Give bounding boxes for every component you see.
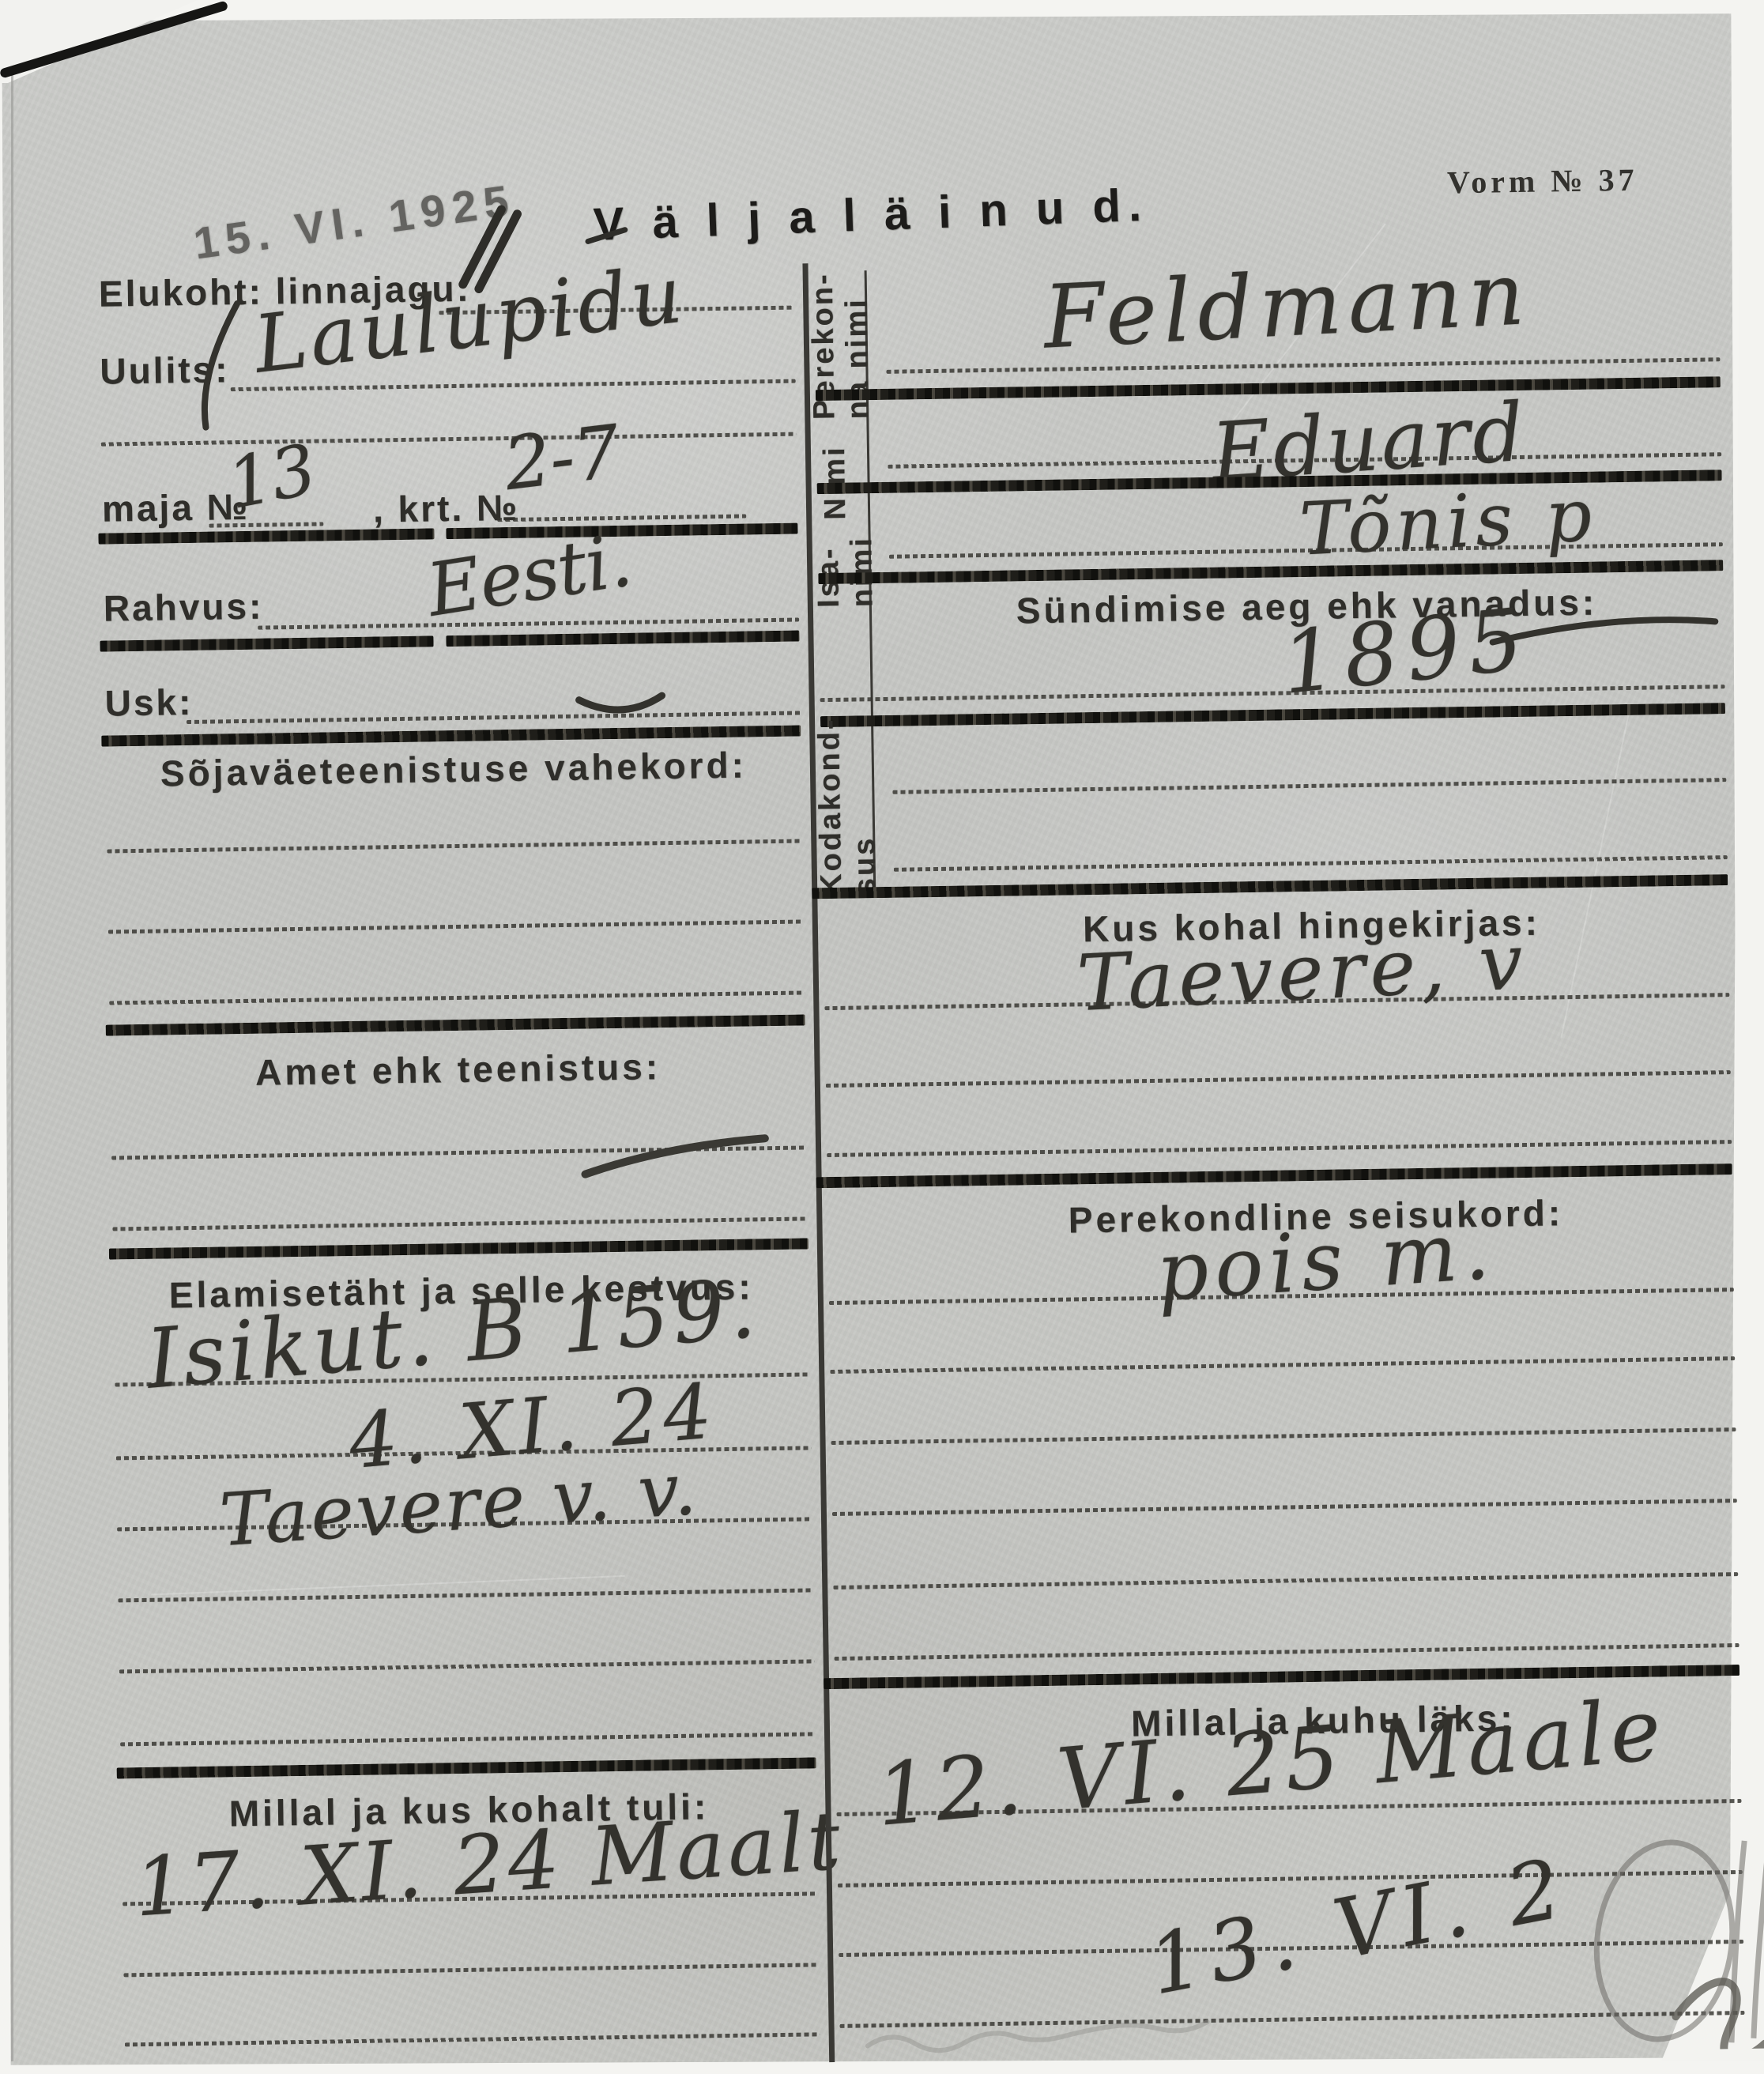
rule-bar (820, 703, 1725, 727)
form-content: 15. VI. 1925 V ä l j a l ä i n u d. Vorm… (0, 0, 1764, 2061)
father-name-rotated-label: Isa- nimi (811, 488, 880, 608)
rule-bar (106, 1014, 805, 1035)
dotted-line (826, 1070, 1731, 1088)
dotted-line (827, 1140, 1732, 1157)
form-title: V ä l j a l ä i n u d. (593, 179, 1150, 251)
apartment-number-label: , krt. № (373, 486, 520, 531)
dotted-line (838, 1870, 1743, 1887)
rule-bar (812, 874, 1728, 899)
dotted-line (892, 778, 1726, 794)
form-number: Vorm № 37 (1447, 161, 1638, 202)
occupation-header: Amet ehk teenistus: (110, 1043, 806, 1095)
date-stamp: 15. VI. 1925 (190, 174, 518, 269)
dotted-line (101, 432, 797, 447)
pen-stroke (579, 696, 662, 711)
nationality-label: Rahvus: (103, 585, 263, 630)
dotted-line (109, 990, 805, 1005)
permit-handwriting-line3: Taevere v. v. (217, 1446, 701, 1563)
dotted-line (258, 618, 799, 630)
dotted-line (831, 1427, 1736, 1445)
dotted-line (108, 919, 804, 933)
dotted-line (209, 522, 323, 527)
dotted-line (833, 1572, 1738, 1589)
dotted-line (820, 684, 1725, 702)
dotted-line (832, 1499, 1737, 1516)
pencil-signature (1675, 1981, 1764, 2059)
dotted-line (894, 855, 1728, 872)
scanned-document: 15. VI. 1925 V ä l j a l ä i n u d. Vorm… (0, 0, 1764, 2061)
rule-bar (100, 635, 433, 651)
dotted-line (835, 1643, 1739, 1661)
rule-bar (109, 1238, 808, 1259)
rule-bar (816, 376, 1721, 401)
dotted-line (886, 357, 1720, 374)
dotted-line (830, 1356, 1735, 1374)
dotted-line (120, 1732, 816, 1746)
religion-label: Usk: (104, 681, 194, 725)
father-name-handwriting: Tõnis p (1298, 473, 1598, 572)
surname-handwriting: Feldmann (1042, 243, 1533, 368)
dotted-line (118, 1588, 813, 1602)
bottom-date-handwriting: 13. VI. 2 (1141, 1839, 1576, 2014)
house-number-handwriting: 13 (221, 428, 322, 525)
military-service-header: Sõjaväeteenistuse vahekord: (106, 743, 802, 796)
rule-bar (117, 1757, 816, 1778)
pen-stroke (585, 1138, 766, 1174)
dotted-line (125, 2032, 820, 2046)
rule-bar (446, 631, 799, 647)
dotted-line (840, 2011, 1745, 2028)
apartment-number-handwriting: 2-7 (499, 409, 624, 507)
dotted-line (119, 1659, 815, 1673)
street-label: Uulits: (100, 348, 230, 392)
dotted-line (107, 839, 802, 853)
dotted-line (111, 1145, 807, 1160)
dotted-line (123, 1963, 819, 1977)
rule-bar (98, 528, 434, 544)
dotted-line (187, 711, 801, 725)
rule-bar (816, 1163, 1732, 1188)
citizenship-rotated-label: Kodakond- sus (812, 721, 882, 896)
dotted-line (112, 1216, 808, 1231)
